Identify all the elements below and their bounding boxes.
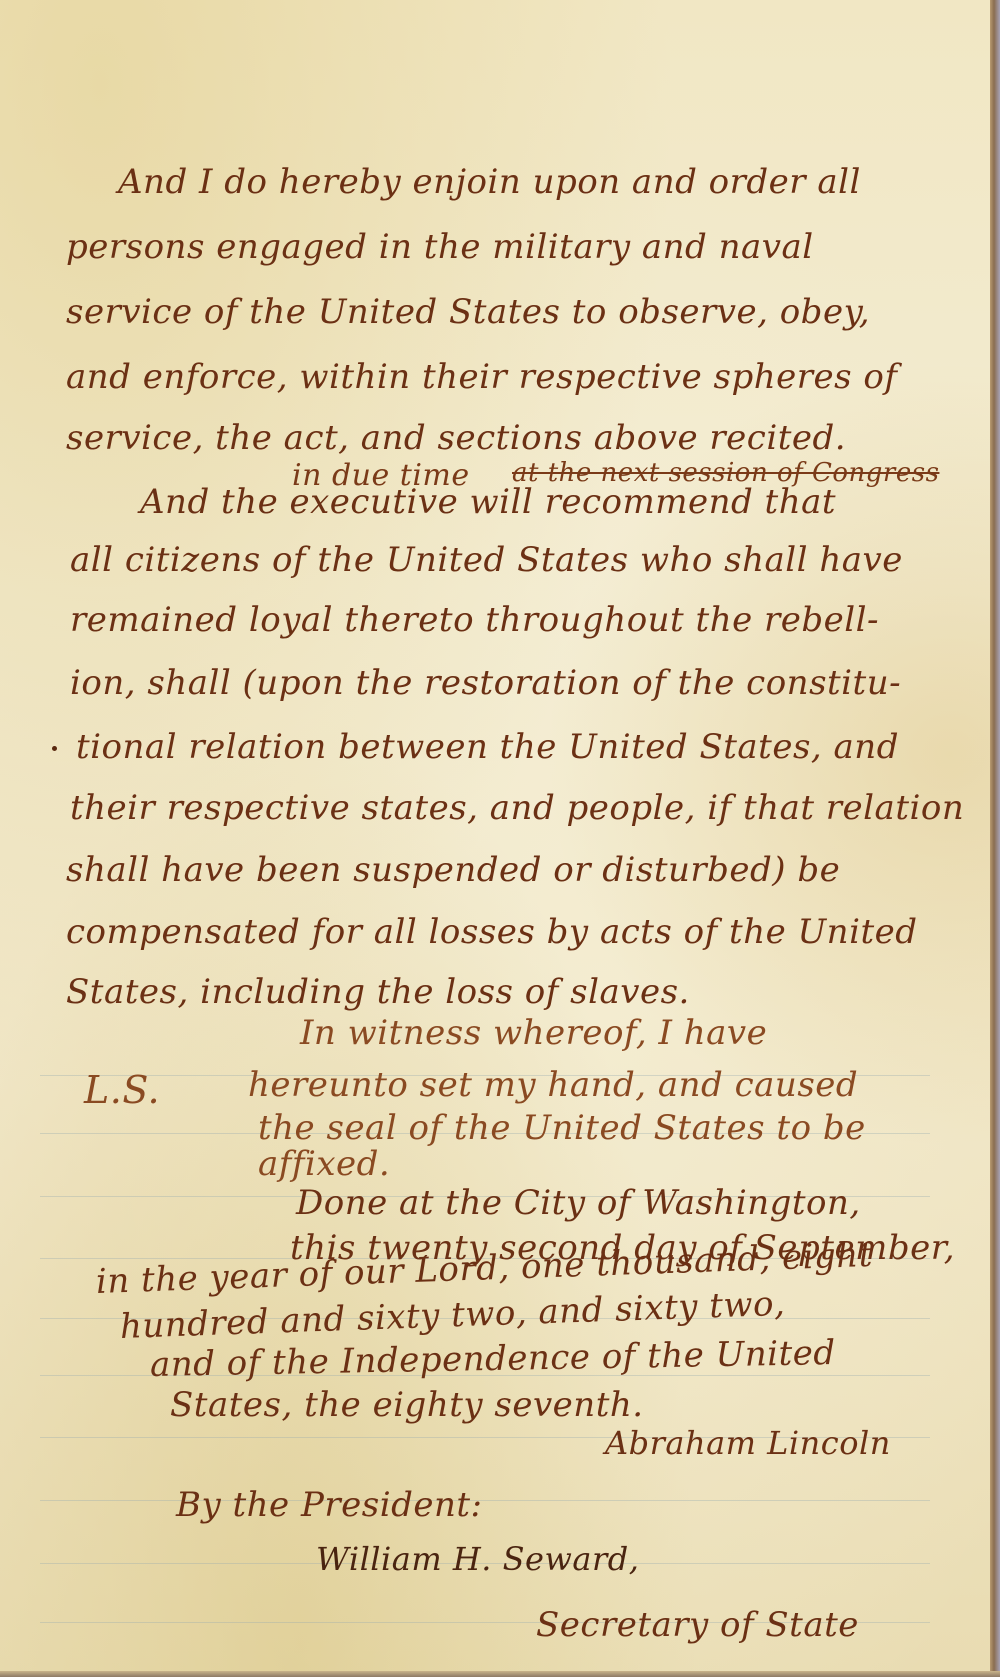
paragraph-1-line-3: service of the United States to observe,… (66, 292, 870, 332)
paragraph-2-line-6: their respective states, and people, if … (70, 788, 964, 828)
paragraph-2-line-5: tional relation between the United State… (76, 727, 899, 767)
attestation-line-10: States, the eighty seventh. (170, 1385, 644, 1425)
page-edge-right (990, 0, 1000, 1677)
attestation-line-4: affixed. (258, 1144, 390, 1184)
margin-dot (52, 746, 57, 751)
paragraph-2-line-7: shall have been suspended or disturbed) … (66, 850, 840, 890)
paragraph-2-line-1: And the executive will recommend that (140, 482, 836, 522)
paragraph-1-line-1: And I do hereby enjoin upon and order al… (118, 162, 861, 202)
signature-president: Abraham Lincoln (605, 1424, 891, 1462)
seal-mark: L.S. (84, 1068, 160, 1112)
attestation-line-2: hereunto set my hand, and caused (248, 1065, 858, 1105)
paragraph-1-line-5: service, the act, and sections above rec… (66, 418, 846, 458)
attestation-line-1: In witness whereof, I have (300, 1013, 767, 1053)
paragraph-2-line-2: all citizens of the United States who sh… (70, 540, 903, 580)
page-edge-bottom (0, 1671, 1000, 1677)
paragraph-2-line-8: compensated for all losses by acts of th… (66, 912, 918, 952)
attestation-line-5: Done at the City of Washington, (296, 1183, 861, 1223)
secretary-title: Secretary of State (536, 1605, 859, 1645)
paragraph-2-line-3: remained loyal thereto throughout the re… (70, 600, 879, 640)
attestation-line-3: the seal of the United States to be (258, 1108, 866, 1148)
ruled-line (40, 1500, 930, 1501)
paragraph-2-line-4: ion, shall (upon the restoration of the … (70, 663, 901, 703)
countersign-label: By the President: (176, 1485, 482, 1525)
paragraph-1-line-4: and enforce, within their respective sph… (66, 357, 897, 397)
paragraph-1-line-2: persons engaged in the military and nava… (66, 227, 814, 267)
paragraph-2-line-9: States, including the loss of slaves. (66, 972, 690, 1012)
manuscript-page: And I do hereby enjoin upon and order al… (0, 0, 1000, 1677)
signature-secretary: William H. Seward, (316, 1540, 639, 1578)
